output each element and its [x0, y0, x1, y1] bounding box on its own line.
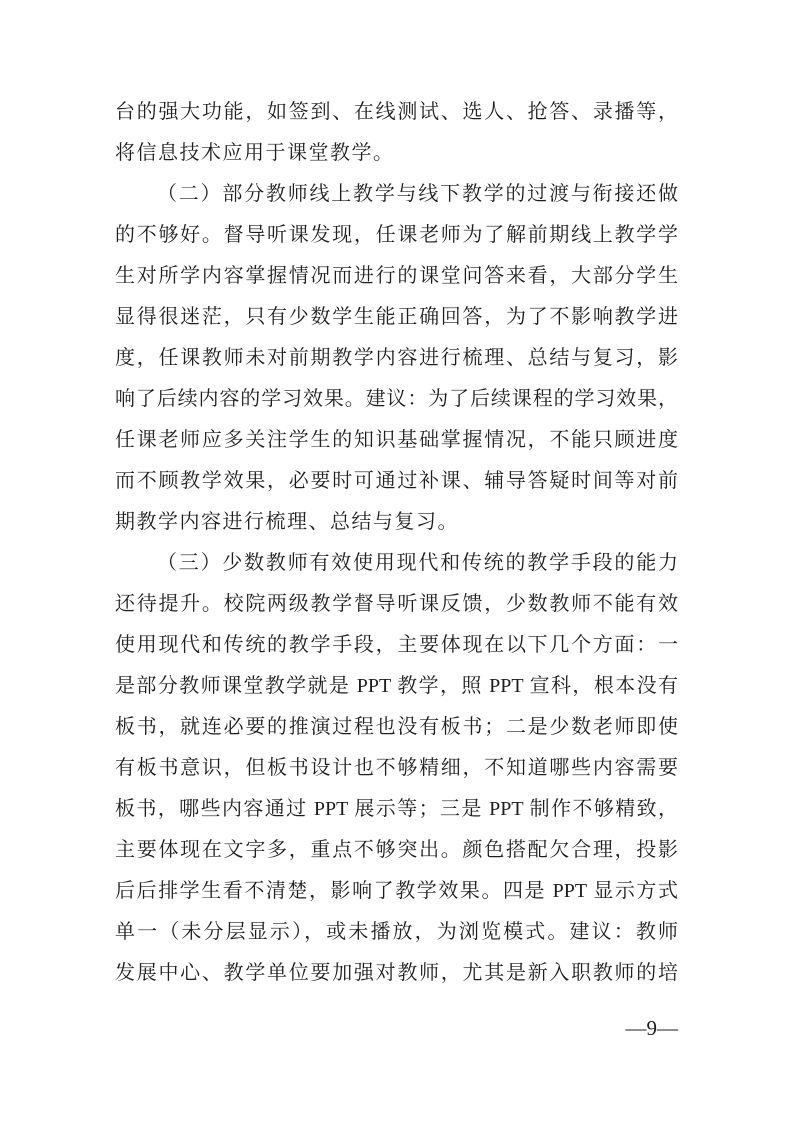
text-line: 将信息技术应用于课堂教学。 [115, 133, 678, 174]
text-line: 后后排学生看不清楚，影响了教学效果。四是 PPT 显示方式 [115, 871, 678, 912]
text-line: 期教学内容进行梳理、总结与复习。 [115, 502, 678, 543]
text-line: 而不顾教学效果，必要时可通过补课、辅导答疑时间等对前 [115, 461, 678, 502]
text-line: 响了后续内容的学习效果。建议：为了后续课程的学习效果， [115, 379, 678, 420]
text-line: 的不够好。督导听课发现，任课老师为了解前期线上教学学 [115, 215, 678, 256]
text-line: （二）部分教师线上教学与线下教学的过渡与衔接还做 [115, 174, 678, 215]
body-text: 台的强大功能，如签到、在线测试、选人、抢答、录播等，将信息技术应用于课堂教学。（… [115, 92, 678, 994]
text-line: 有板书意识，但板书设计也不够精细，不知道哪些内容需要 [115, 748, 678, 789]
text-line: 单一（未分层显示），或未播放，为浏览模式。建议：教师 [115, 912, 678, 953]
text-line: 台的强大功能，如签到、在线测试、选人、抢答、录播等， [115, 92, 678, 133]
page-number: —9— [115, 1014, 678, 1042]
text-line: （三）少数教师有效使用现代和传统的教学手段的能力 [115, 543, 678, 584]
text-line: 板书，就连必要的推演过程也没有板书；二是少数老师即使 [115, 707, 678, 748]
text-line: 发展中心、教学单位要加强对教师，尤其是新入职教师的培 [115, 953, 678, 994]
text-line: 显得很迷茫，只有少数学生能正确回答，为了不影响教学进 [115, 297, 678, 338]
text-line: 生对所学内容掌握情况而进行的课堂问答来看，大部分学生 [115, 256, 678, 297]
text-line: 还待提升。校院两级教学督导听课反馈，少数教师不能有效 [115, 584, 678, 625]
text-line: 使用现代和传统的教学手段，主要体现在以下几个方面：一 [115, 625, 678, 666]
text-line: 是部分教师课堂教学就是 PPT 教学，照 PPT 宣科，根本没有 [115, 666, 678, 707]
text-line: 任课老师应多关注学生的知识基础掌握情况，不能只顾进度 [115, 420, 678, 461]
document-page: 台的强大功能，如签到、在线测试、选人、抢答、录播等，将信息技术应用于课堂教学。（… [0, 0, 793, 1122]
text-line: 主要体现在文字多，重点不够突出。颜色搭配欠合理，投影 [115, 830, 678, 871]
text-line: 度，任课教师未对前期教学内容进行梳理、总结与复习，影 [115, 338, 678, 379]
text-line: 板书，哪些内容通过 PPT 展示等；三是 PPT 制作不够精致， [115, 789, 678, 830]
